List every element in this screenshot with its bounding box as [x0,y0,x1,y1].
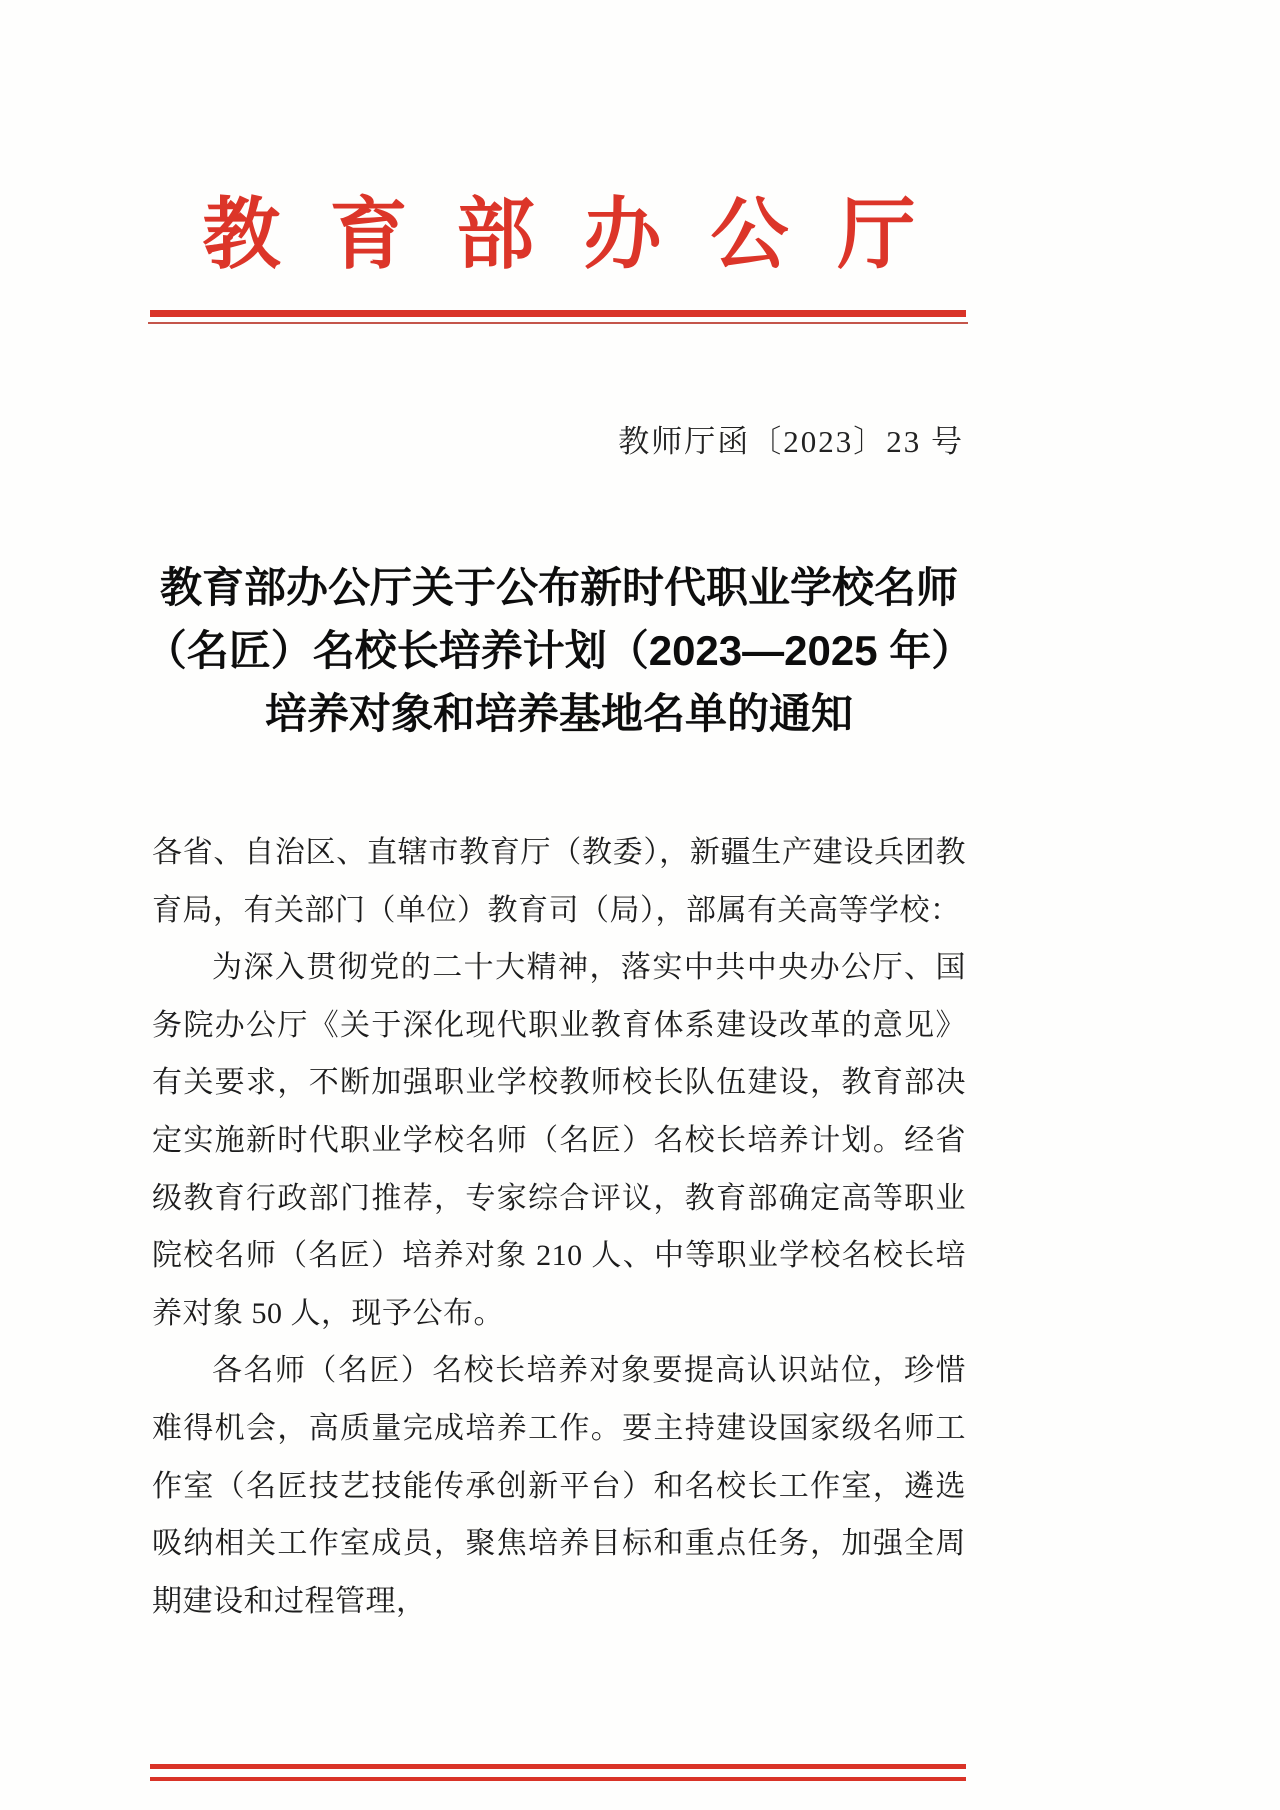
official-document-page: 教育部办公厅 教师厅函〔2023〕23 号 教育部办公厅关于公布新时代职业学校名… [0,0,1280,1810]
letterhead-divider-thick [150,310,966,317]
letterhead-divider-thin [148,322,968,324]
document-body: 各省、自治区、直辖市教育厅（教委），新疆生产建设兵团教育局，有关部门（单位）教育… [152,824,966,1630]
document-title-line1: 教育部办公厅关于公布新时代职业学校名师 [120,556,998,619]
document-number: 教师厅函〔2023〕23 号 [152,416,964,461]
footer-divider-bottom [150,1777,966,1781]
body-paragraph-1: 为深入贯彻党的二十大精神，落实中共中央办公厅、国务院办公厅《关于深化现代职业教育… [152,939,966,1342]
footer-divider-top [150,1764,966,1769]
salutation-paragraph: 各省、自治区、直辖市教育厅（教委），新疆生产建设兵团教育局，有关部门（单位）教育… [152,824,966,939]
document-title-line3: 培养对象和培养基地名单的通知 [120,682,998,745]
document-title-line2: （名匠）名校长培养计划（2023—2025 年） [120,619,998,682]
letterhead-agency-name: 教育部办公厅 [152,172,966,284]
body-paragraph-2: 各名师（名匠）名校长培养对象要提高认识站位，珍惜难得机会，高质量完成培养工作。要… [152,1342,966,1630]
document-title: 教育部办公厅关于公布新时代职业学校名师 （名匠）名校长培养计划（2023—202… [120,556,998,745]
